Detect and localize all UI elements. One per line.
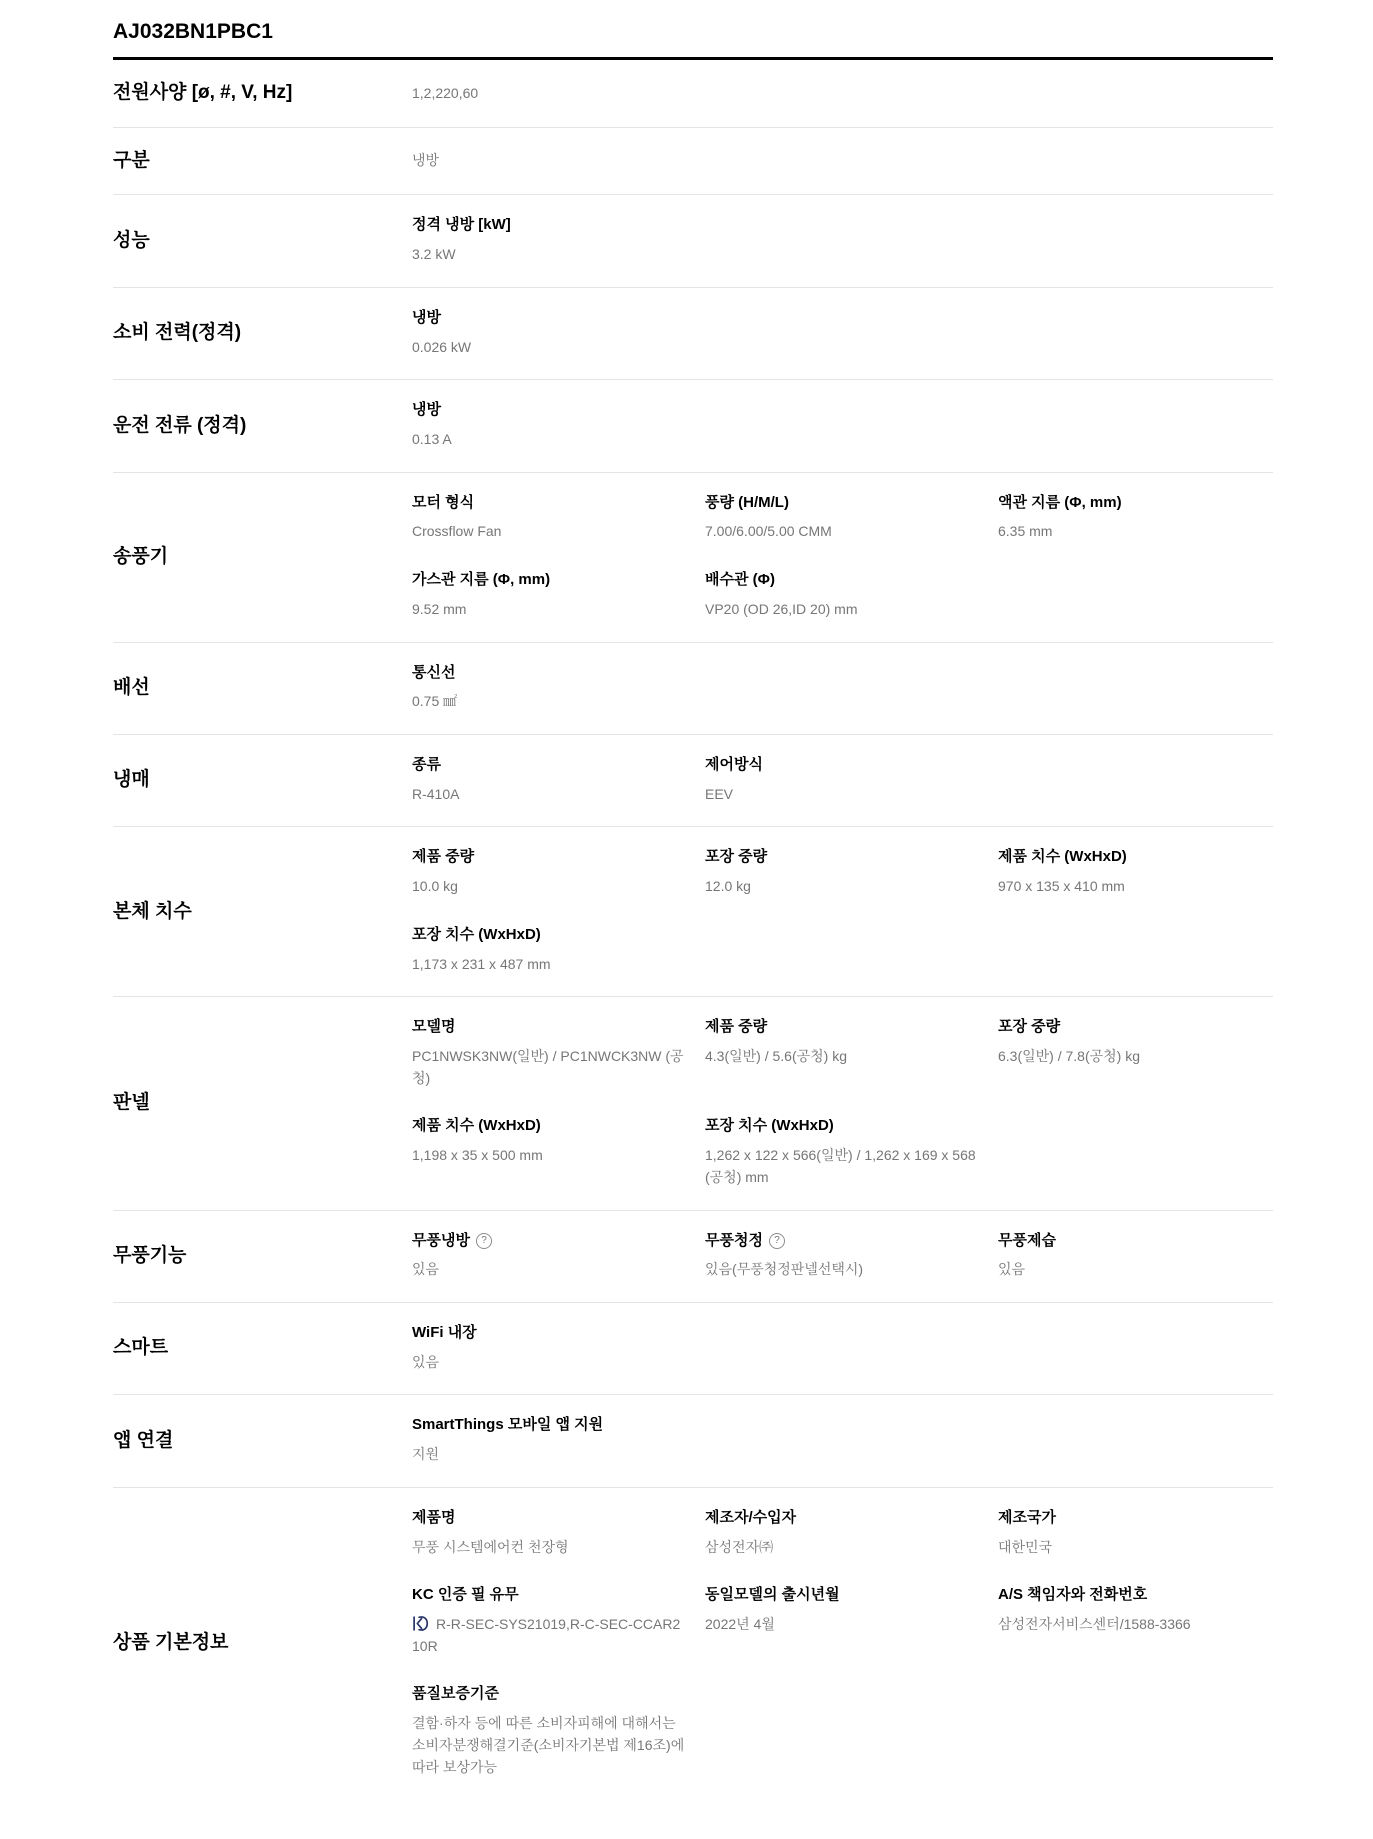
spec-row-items: 냉방0.13 A — [412, 401, 1273, 450]
spec-item-value: 1,173 x 231 x 487 mm — [412, 954, 687, 976]
spec-item: 무풍냉방?있음 — [412, 1232, 687, 1281]
spec-row: 운전 전류 (정격)냉방0.13 A — [113, 380, 1273, 472]
spec-row-label: 무풍기능 — [113, 1244, 412, 1269]
spec-item-value: 1,262 x 122 x 566(일반) / 1,262 x 169 x 56… — [705, 1145, 980, 1188]
spec-item: 포장 중량12.0 kg — [705, 848, 980, 897]
spec-row: 냉매종류R-410A제어방식EEV — [113, 735, 1273, 827]
spec-item-value-text: 있음 — [998, 1261, 1025, 1277]
spec-item-label-text: 모터 형식 — [412, 494, 474, 513]
spec-item-value-text: Crossflow Fan — [412, 523, 501, 539]
spec-item-label: 제품 치수 (WxHxD) — [412, 1117, 687, 1136]
spec-row: 앱 연결SmartThings 모바일 앱 지원지원 — [113, 1395, 1273, 1487]
spec-item-label-text: 종류 — [412, 756, 441, 775]
spec-item-label-text: 제조자/수입자 — [705, 1509, 796, 1528]
spec-item-label: 제품 중량 — [705, 1018, 980, 1037]
spec-item-value-text: 1,173 x 231 x 487 mm — [412, 956, 551, 972]
spec-item: 가스관 지름 (Φ, mm)9.52 mm — [412, 571, 687, 620]
spec-item-value: 0.026 kW — [412, 337, 687, 359]
spec-item-label: A/S 책임자와 전화번호 — [998, 1586, 1273, 1605]
spec-item-label-text: 제품 중량 — [412, 848, 474, 867]
spec-item-label-text: A/S 책임자와 전화번호 — [998, 1586, 1147, 1605]
spec-item-label: 액관 지름 (Φ, mm) — [998, 494, 1273, 513]
spec-item-label: 모터 형식 — [412, 494, 687, 513]
spec-row-items: 제품 중량10.0 kg포장 중량12.0 kg제품 치수 (WxHxD)970… — [412, 848, 1273, 975]
spec-item-value-text: 삼성전자㈜ — [705, 1539, 773, 1555]
spec-item-value: Crossflow Fan — [412, 521, 687, 543]
spec-item: 제품 치수 (WxHxD)970 x 135 x 410 mm — [998, 848, 1273, 897]
spec-item-value: 2022년 4월 — [705, 1614, 980, 1636]
spec-item-label-text: 정격 냉방 [kW] — [412, 216, 511, 235]
spec-item: 제조자/수입자삼성전자㈜ — [705, 1509, 980, 1558]
spec-item-label-text: 배수관 (Φ) — [705, 571, 775, 590]
spec-item-label-text: 제어방식 — [705, 756, 763, 775]
spec-item-value: 4.3(일반) / 5.6(공청) kg — [705, 1046, 980, 1068]
spec-item-value: 냉방 — [412, 150, 687, 172]
spec-row-items: 통신선0.75 ㎟ — [412, 664, 1273, 713]
spec-header: AJ032BN1PBC1 — [113, 20, 1273, 60]
spec-item: 제품명무풍 시스템에어컨 천장형 — [412, 1509, 687, 1558]
spec-item-label-text: KC 인증 필 유무 — [412, 1586, 519, 1605]
spec-item-value-text: R-R-SEC-SYS21019,R-C-SEC-CCAR210R — [412, 1616, 680, 1654]
spec-item-label: 포장 치수 (WxHxD) — [705, 1117, 980, 1136]
spec-item-value-text: 0.13 A — [412, 431, 452, 447]
spec-item: SmartThings 모바일 앱 지원지원 — [412, 1416, 687, 1465]
spec-item-label: 제조자/수입자 — [705, 1509, 980, 1528]
spec-item-label-text: 제품 치수 (WxHxD) — [998, 848, 1127, 867]
help-icon[interactable]: ? — [476, 1233, 492, 1249]
spec-item-label-text: 풍량 (H/M/L) — [705, 494, 789, 513]
help-icon[interactable]: ? — [769, 1233, 785, 1249]
spec-item: 냉방 — [412, 150, 687, 172]
spec-row-items: SmartThings 모바일 앱 지원지원 — [412, 1416, 1273, 1465]
spec-item-value: 0.75 ㎟ — [412, 691, 687, 713]
spec-row: 송풍기모터 형식Crossflow Fan풍량 (H/M/L)7.00/6.00… — [113, 473, 1273, 643]
spec-item-label-text: 가스관 지름 (Φ, mm) — [412, 571, 550, 590]
spec-item-label-text: 포장 중량 — [998, 1018, 1060, 1037]
spec-item-value: 삼성전자서비스센터/1588-3366 — [998, 1614, 1273, 1636]
spec-item-value-text: 6.35 mm — [998, 523, 1052, 539]
spec-item-label: 제품 치수 (WxHxD) — [998, 848, 1273, 867]
spec-item-value-text: 결함·하자 등에 따른 소비자피해에 대해서는 소비자분쟁해결기준(소비자기본법… — [412, 1715, 684, 1774]
spec-item-label-text: 제품 치수 (WxHxD) — [412, 1117, 541, 1136]
spec-item-value-text: 9.52 mm — [412, 601, 466, 617]
spec-item-label: 제품명 — [412, 1509, 687, 1528]
spec-item: 포장 중량6.3(일반) / 7.8(공청) kg — [998, 1018, 1273, 1067]
spec-row: 판넬모델명PC1NWSK3NW(일반) / PC1NWCK3NW (공청)제품 … — [113, 997, 1273, 1210]
spec-item-label: 무풍청정? — [705, 1232, 980, 1251]
spec-item-label: 품질보증기준 — [412, 1685, 687, 1704]
spec-item-label: 제품 중량 — [412, 848, 687, 867]
spec-item-value: 삼성전자㈜ — [705, 1537, 980, 1559]
spec-row-items: 냉방 — [412, 150, 1273, 172]
spec-item-label: 모델명 — [412, 1018, 687, 1037]
spec-item: 모델명PC1NWSK3NW(일반) / PC1NWCK3NW (공청) — [412, 1018, 687, 1089]
spec-item-value: 무풍 시스템에어컨 천장형 — [412, 1537, 687, 1559]
spec-item-value-text: 7.00/6.00/5.00 CMM — [705, 523, 832, 539]
spec-item: 정격 냉방 [kW]3.2 kW — [412, 216, 687, 265]
spec-item-value-text: 6.3(일반) / 7.8(공청) kg — [998, 1048, 1140, 1064]
spec-item-label: 제조국가 — [998, 1509, 1273, 1528]
spec-item-label: 냉방 — [412, 401, 687, 420]
spec-item-value-text: 삼성전자서비스센터/1588-3366 — [998, 1616, 1191, 1632]
spec-item-value: 있음 — [998, 1259, 1273, 1281]
spec-item-label: 제어방식 — [705, 756, 980, 775]
spec-item-value-text: 있음 — [412, 1261, 439, 1277]
spec-item-label-text: WiFi 내장 — [412, 1324, 477, 1343]
spec-item-value-text: 12.0 kg — [705, 878, 751, 894]
spec-item-label-text: 모델명 — [412, 1018, 455, 1037]
spec-item: 종류R-410A — [412, 756, 687, 805]
spec-item-label-text: 제조국가 — [998, 1509, 1056, 1528]
spec-item: 제품 중량10.0 kg — [412, 848, 687, 897]
spec-item-label: KC 인증 필 유무 — [412, 1586, 687, 1605]
spec-item-value-text: R-410A — [412, 786, 459, 802]
spec-item: 액관 지름 (Φ, mm)6.35 mm — [998, 494, 1273, 543]
spec-item-value-text: 지원 — [412, 1446, 439, 1462]
spec-item-value-text: 2022년 4월 — [705, 1616, 775, 1632]
spec-item-label: 무풍냉방? — [412, 1232, 687, 1251]
spec-item-value: 7.00/6.00/5.00 CMM — [705, 521, 980, 543]
spec-item: 제어방식EEV — [705, 756, 980, 805]
spec-row-items: 제품명무풍 시스템에어컨 천장형제조자/수입자삼성전자㈜제조국가대한민국KC 인… — [412, 1509, 1273, 1778]
spec-row: 배선통신선0.75 ㎟ — [113, 643, 1273, 735]
spec-item-value-text: 있음 — [412, 1354, 439, 1370]
spec-row-label: 상품 기본정보 — [113, 1631, 412, 1656]
spec-item-value: R-R-SEC-SYS21019,R-C-SEC-CCAR210R — [412, 1614, 687, 1657]
spec-item-label-text: SmartThings 모바일 앱 지원 — [412, 1416, 603, 1435]
spec-item: WiFi 내장있음 — [412, 1324, 687, 1373]
spec-item-value: 6.3(일반) / 7.8(공청) kg — [998, 1046, 1273, 1068]
spec-row-items: 무풍냉방?있음무풍청정?있음(무풍청정판넬선택시)무풍제습있음 — [412, 1232, 1273, 1281]
spec-item-value-text: 0.75 ㎟ — [412, 693, 457, 709]
spec-row-items: 냉방0.026 kW — [412, 309, 1273, 358]
spec-row: 무풍기능무풍냉방?있음무풍청정?있음(무풍청정판넬선택시)무풍제습있음 — [113, 1211, 1273, 1303]
spec-table: 전원사양 [ø, #, V, Hz]1,2,220,60구분냉방성능정격 냉방 … — [113, 60, 1273, 1799]
spec-row-items: 종류R-410A제어방식EEV — [412, 756, 1273, 805]
spec-item-label-text: 냉방 — [412, 309, 441, 328]
spec-row-label: 앱 연결 — [113, 1429, 412, 1454]
spec-item-label-text: 액관 지름 (Φ, mm) — [998, 494, 1122, 513]
spec-item-value: 있음 — [412, 1259, 687, 1281]
spec-row-items: 모터 형식Crossflow Fan풍량 (H/M/L)7.00/6.00/5.… — [412, 494, 1273, 621]
spec-item-value: 9.52 mm — [412, 599, 687, 621]
spec-item-value: PC1NWSK3NW(일반) / PC1NWCK3NW (공청) — [412, 1046, 687, 1089]
spec-row: 스마트WiFi 내장있음 — [113, 1303, 1273, 1395]
spec-item-value: EEV — [705, 784, 980, 806]
spec-item-label: 가스관 지름 (Φ, mm) — [412, 571, 687, 590]
spec-item-label-text: 무풍청정 — [705, 1232, 763, 1251]
spec-row: 성능정격 냉방 [kW]3.2 kW — [113, 195, 1273, 287]
spec-row: 상품 기본정보제품명무풍 시스템에어컨 천장형제조자/수입자삼성전자㈜제조국가대… — [113, 1488, 1273, 1799]
spec-row-items: 1,2,220,60 — [412, 83, 1273, 105]
spec-item-value-text: PC1NWSK3NW(일반) / PC1NWCK3NW (공청) — [412, 1048, 684, 1086]
spec-row-label: 배선 — [113, 676, 412, 701]
spec-item-label: 풍량 (H/M/L) — [705, 494, 980, 513]
spec-row: 전원사양 [ø, #, V, Hz]1,2,220,60 — [113, 60, 1273, 128]
spec-row-label: 구분 — [113, 149, 412, 174]
spec-item-value-text: 1,198 x 35 x 500 mm — [412, 1147, 543, 1163]
spec-item: 모터 형식Crossflow Fan — [412, 494, 687, 543]
spec-item-value-text: 1,262 x 122 x 566(일반) / 1,262 x 169 x 56… — [705, 1147, 976, 1185]
spec-item-label: 동일모델의 출시년월 — [705, 1586, 980, 1605]
spec-item-value-text: 있음(무풍청정판넬선택시) — [705, 1261, 863, 1277]
spec-item-label-text: 무풍제습 — [998, 1232, 1056, 1251]
spec-item-value-text: 무풍 시스템에어컨 천장형 — [412, 1539, 569, 1555]
spec-item-label: 무풍제습 — [998, 1232, 1273, 1251]
spec-item-value: 결함·하자 등에 따른 소비자피해에 대해서는 소비자분쟁해결기준(소비자기본법… — [412, 1713, 687, 1778]
spec-item-value: 12.0 kg — [705, 876, 980, 898]
spec-item-value: 지원 — [412, 1444, 687, 1466]
spec-row-items: WiFi 내장있음 — [412, 1324, 1273, 1373]
spec-row-label: 본체 치수 — [113, 900, 412, 925]
spec-item: 통신선0.75 ㎟ — [412, 664, 687, 713]
spec-item: 풍량 (H/M/L)7.00/6.00/5.00 CMM — [705, 494, 980, 543]
spec-item-label: SmartThings 모바일 앱 지원 — [412, 1416, 687, 1435]
spec-item-label: WiFi 내장 — [412, 1324, 687, 1343]
spec-row-label: 냉매 — [113, 768, 412, 793]
spec-item: 제조국가대한민국 — [998, 1509, 1273, 1558]
spec-row-label: 판넬 — [113, 1091, 412, 1116]
spec-item-value: VP20 (OD 26,ID 20) mm — [705, 599, 980, 621]
spec-item-label: 포장 중량 — [705, 848, 980, 867]
spec-item-value-text: 0.026 kW — [412, 339, 471, 355]
spec-item-label-text: 제품 중량 — [705, 1018, 767, 1037]
spec-item: A/S 책임자와 전화번호삼성전자서비스센터/1588-3366 — [998, 1586, 1273, 1635]
spec-item-value-text: 970 x 135 x 410 mm — [998, 878, 1125, 894]
spec-item-value: R-410A — [412, 784, 687, 806]
spec-item-label: 통신선 — [412, 664, 687, 683]
spec-item-value: 있음 — [412, 1352, 687, 1374]
spec-row-items: 모델명PC1NWSK3NW(일반) / PC1NWCK3NW (공청)제품 중량… — [412, 1018, 1273, 1188]
spec-item-value: 970 x 135 x 410 mm — [998, 876, 1273, 898]
spec-item-value: 1,198 x 35 x 500 mm — [412, 1145, 687, 1167]
spec-page: AJ032BN1PBC1 전원사양 [ø, #, V, Hz]1,2,220,6… — [0, 0, 1373, 1839]
spec-row-label: 송풍기 — [113, 545, 412, 570]
spec-item-value-text: 냉방 — [412, 152, 439, 168]
spec-item-label-text: 포장 치수 (WxHxD) — [705, 1117, 834, 1136]
spec-item: 포장 치수 (WxHxD)1,173 x 231 x 487 mm — [412, 926, 687, 975]
spec-item: 동일모델의 출시년월2022년 4월 — [705, 1586, 980, 1635]
spec-item-label-text: 제품명 — [412, 1509, 455, 1528]
spec-item: 1,2,220,60 — [412, 83, 687, 105]
spec-item-value: 대한민국 — [998, 1537, 1273, 1559]
spec-row: 구분냉방 — [113, 128, 1273, 196]
spec-item: 배수관 (Φ)VP20 (OD 26,ID 20) mm — [705, 571, 980, 620]
spec-item: 제품 중량4.3(일반) / 5.6(공청) kg — [705, 1018, 980, 1067]
spec-row-label: 소비 전력(정격) — [113, 321, 412, 346]
spec-item-value-text: 10.0 kg — [412, 878, 458, 894]
spec-item: 품질보증기준결함·하자 등에 따른 소비자피해에 대해서는 소비자분쟁해결기준(… — [412, 1685, 687, 1778]
spec-item-value-text: 1,2,220,60 — [412, 85, 478, 101]
spec-item-value: 있음(무풍청정판넬선택시) — [705, 1259, 980, 1281]
spec-item-value: 0.13 A — [412, 429, 687, 451]
spec-item-label-text: 통신선 — [412, 664, 455, 683]
spec-item-label: 배수관 (Φ) — [705, 571, 980, 590]
spec-item: 무풍청정?있음(무풍청정판넬선택시) — [705, 1232, 980, 1281]
spec-item-value-text: 4.3(일반) / 5.6(공청) kg — [705, 1048, 847, 1064]
spec-row-label: 전원사양 [ø, #, V, Hz] — [113, 81, 412, 106]
spec-item: 냉방0.13 A — [412, 401, 687, 450]
spec-item-value-text: EEV — [705, 786, 733, 802]
kc-certification-icon — [412, 1615, 429, 1632]
spec-item-label: 종류 — [412, 756, 687, 775]
spec-item-value-text: 대한민국 — [998, 1539, 1052, 1555]
spec-item: 무풍제습있음 — [998, 1232, 1273, 1281]
spec-row: 본체 치수제품 중량10.0 kg포장 중량12.0 kg제품 치수 (WxHx… — [113, 827, 1273, 997]
spec-item-label: 냉방 — [412, 309, 687, 328]
spec-item-value: 3.2 kW — [412, 244, 687, 266]
spec-item-value-text: VP20 (OD 26,ID 20) mm — [705, 601, 858, 617]
spec-item-label-text: 품질보증기준 — [412, 1685, 499, 1704]
spec-item-label-text: 무풍냉방 — [412, 1232, 470, 1251]
spec-item-value: 1,2,220,60 — [412, 83, 687, 105]
page-title: AJ032BN1PBC1 — [113, 20, 1273, 44]
spec-row-label: 성능 — [113, 229, 412, 254]
spec-item-label-text: 포장 치수 (WxHxD) — [412, 926, 541, 945]
spec-item-value-text: 3.2 kW — [412, 246, 456, 262]
spec-row-label: 운전 전류 (정격) — [113, 414, 412, 439]
spec-item-value: 6.35 mm — [998, 521, 1273, 543]
spec-row: 소비 전력(정격)냉방0.026 kW — [113, 288, 1273, 380]
spec-item-label-text: 동일모델의 출시년월 — [705, 1586, 840, 1605]
spec-item-value: 10.0 kg — [412, 876, 687, 898]
spec-item-label: 정격 냉방 [kW] — [412, 216, 687, 235]
spec-row-label: 스마트 — [113, 1336, 412, 1361]
spec-row-items: 정격 냉방 [kW]3.2 kW — [412, 216, 1273, 265]
spec-item: 냉방0.026 kW — [412, 309, 687, 358]
spec-item-label: 포장 치수 (WxHxD) — [412, 926, 687, 945]
spec-item-label-text: 포장 중량 — [705, 848, 767, 867]
spec-item-label-text: 냉방 — [412, 401, 441, 420]
spec-item: 포장 치수 (WxHxD)1,262 x 122 x 566(일반) / 1,2… — [705, 1117, 980, 1188]
spec-item: KC 인증 필 유무 R-R-SEC-SYS21019,R-C-SEC-CCAR… — [412, 1586, 687, 1657]
spec-item-label: 포장 중량 — [998, 1018, 1273, 1037]
spec-item: 제품 치수 (WxHxD)1,198 x 35 x 500 mm — [412, 1117, 687, 1166]
